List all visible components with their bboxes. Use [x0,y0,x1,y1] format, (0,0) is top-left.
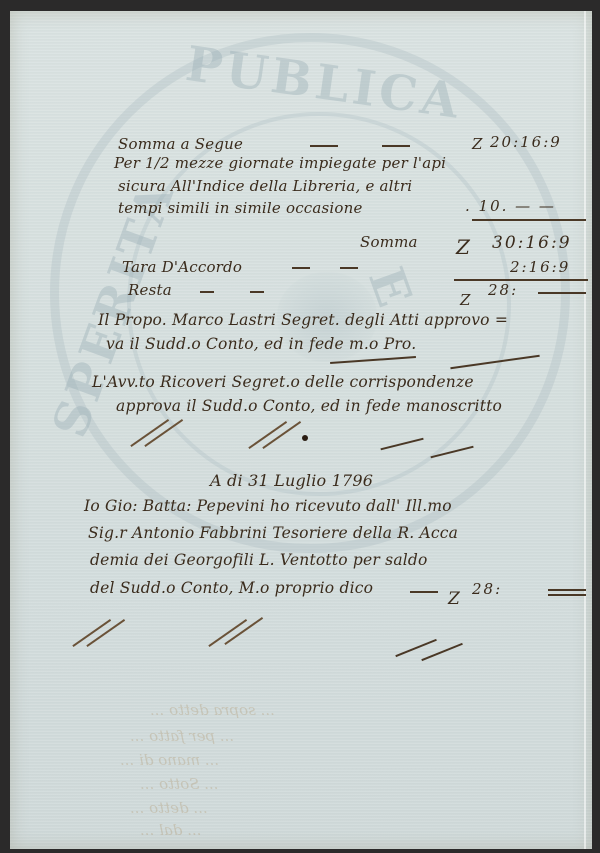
brought-forward-currency: Z [472,135,483,153]
manuscript-page: PUBLICA SPERITA E Somma a Segue Z 20:16:… [10,11,592,849]
bleed-through-line: ... dal ... [140,821,202,839]
approval-2-line-2: approva il Sudd.o Conto, ed in fede mano… [116,397,502,415]
total-amount: 30:16:9 [492,233,572,253]
total-currency: Z [456,235,470,259]
closing-dash [548,594,586,596]
remainder-label: Resta [128,281,172,299]
cancel-slash [421,643,462,661]
receipt-line-1: Io Gio: Batta: Pepevini ho ricevuto dall… [84,497,452,515]
leader-dash [200,291,214,293]
bleed-through-line: ... mano di ... [120,751,219,769]
leader-dash [292,267,310,269]
deduction-label: Tara D'Accordo [122,258,242,276]
approval-1-line-1: Il Propo. Marco Lastri Segret. degli Att… [98,311,508,329]
receipt-line-3: demia dei Georgofili L. Ventotto per sal… [90,551,428,569]
remainder-amount: 28: [488,281,518,299]
deduction-amount: 2:16:9 [510,258,570,276]
sum-rule [472,219,586,221]
entry-1-line-2: sicura All'Indice della Libreria, e altr… [118,177,412,195]
approval-1-line-2: va il Sudd.o Conto, ed in fede m.o Pro. [106,335,416,353]
cancel-slash [395,639,436,657]
entry-1-line-3: tempi simili in simile occasione [118,199,363,217]
leader-dash [340,267,358,269]
page-fold [584,11,586,849]
receipt-line-4: del Sudd.o Conto, M.o proprio dico [90,579,373,597]
bleed-through-line: ... Sotto ... [140,775,219,793]
receipt-date: A di 31 Luglio 1796 [210,471,373,490]
entry-1-line-1: Per 1/2 mezze giornate impiegate per l'a… [114,154,446,172]
receipt-line-2: Sig.r Antonio Fabbrini Tesoriere della R… [88,524,458,542]
leader-dash [382,145,410,147]
bleed-through-line: ... per fatto ... [130,727,234,745]
bleed-through-line: ... sopra detto ... [150,701,275,719]
brought-forward-amount: 20:16:9 [490,133,562,151]
closing-dash [538,292,586,294]
bleed-through-line: ... detto ... [130,799,208,817]
remainder-currency: Z [460,291,471,309]
receipt-amount: 28: [472,580,502,598]
ink-blot [302,435,308,441]
remainder-rule [454,279,588,281]
receipt-currency: Z [448,589,460,609]
entry-1-amount: . 10. — — [465,197,556,215]
closing-dash [548,589,586,591]
approval-2-line-1: L'Avv.to Ricoveri Segret.o delle corrisp… [92,373,474,391]
total-label: Somma [360,233,418,251]
leader-dash [250,291,264,293]
brought-forward-label: Somma a Segue [118,135,243,153]
leader-dash [410,591,438,593]
leader-dash [310,145,338,147]
